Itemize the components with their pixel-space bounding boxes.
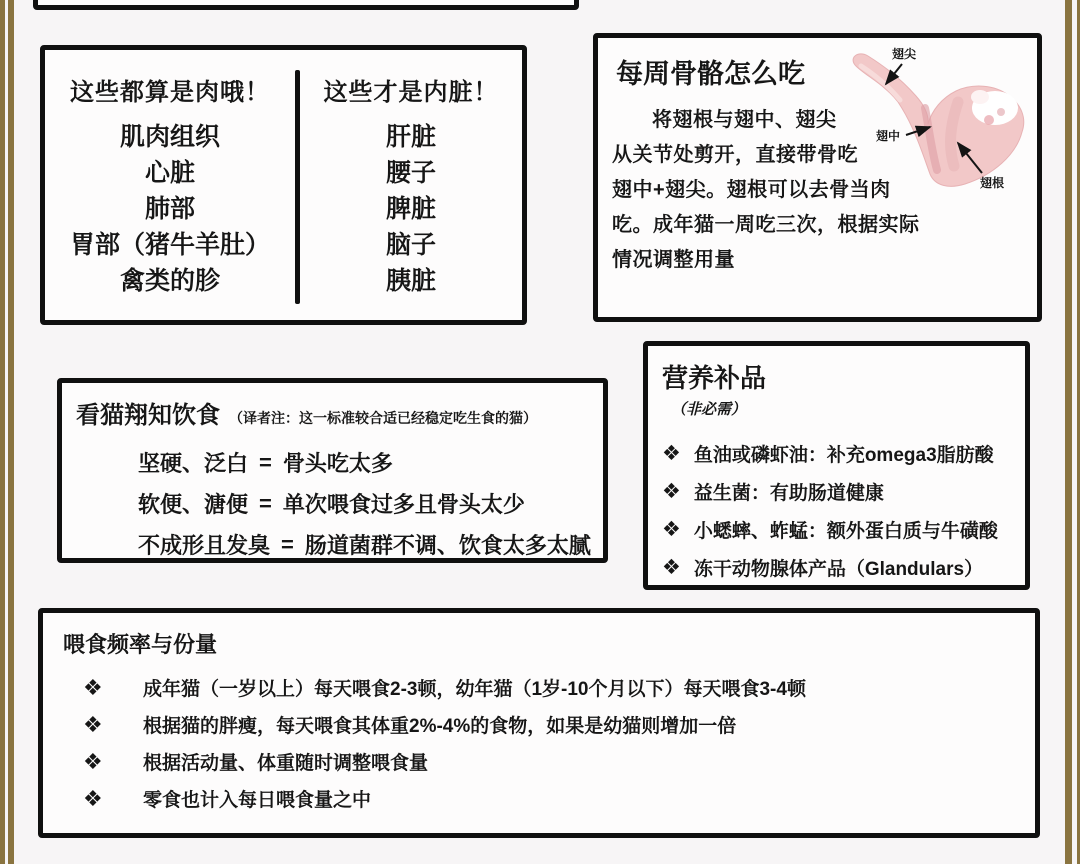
stool-rule-row: 坚硬、泛白 = 骨头吃太多 <box>138 446 589 479</box>
translator-note: （译者注：这一标准较合适已经稳定吃生食的猫） <box>229 408 537 428</box>
list-item: 胰脏 <box>386 263 436 299</box>
meat-column: 这些都算是肉哦！ 肌肉组织 心脏 肺部 胃部（猪牛羊肚） 禽类的胗 <box>45 50 295 320</box>
list-item: 脾脏 <box>386 191 436 227</box>
supplement-list: ❖ 鱼油或磷虾油：补充omega3脂肪酸 ❖ 益生菌：有助肠道健康 ❖ 小蟋蟀、… <box>662 439 1011 582</box>
list-item: ❖ 冻干动物腺体产品（Glandulars） <box>662 553 1011 582</box>
feeding-title: 喂食频率与份量 <box>63 628 1015 659</box>
stool-sign: 坚硬、泛白 <box>138 447 248 478</box>
stool-meaning: 单次喂食过多且骨头太少 <box>283 488 525 519</box>
feeding-frequency-box: 喂食频率与份量 ❖ 成年猫（一岁以上）每天喂食2-3顿，幼年猫（1岁-10个月以… <box>38 608 1040 838</box>
list-item: 禽类的胗 <box>120 263 220 299</box>
wing-label-middle: 翅中 <box>876 128 900 143</box>
wing-label-tip: 翅尖 <box>892 46 916 61</box>
list-item: ❖ 益生菌：有助肠道健康 <box>662 477 1011 506</box>
meat-vs-organ-box: 这些都算是肉哦！ 肌肉组织 心脏 肺部 胃部（猪牛羊肚） 禽类的胗 这些才是内脏… <box>40 45 527 325</box>
feeding-rule-text: 根据猫的胖瘦，每天喂食其体重2%-4%的食物，如果是幼猫则增加一倍 <box>143 711 736 738</box>
stool-rule-row: 软便、溏便 = 单次喂食过多且骨头太少 <box>138 487 589 520</box>
list-item: ❖ 成年猫（一岁以上）每天喂食2-3顿，幼年猫（1岁-10个月以下）每天喂食3-… <box>63 674 1015 701</box>
stool-sign: 软便、溏便 <box>138 488 248 519</box>
meat-item-list: 肌肉组织 心脏 肺部 胃部（猪牛羊肚） 禽类的胗 <box>70 119 270 299</box>
supplement-text: 益生菌：有助肠道健康 <box>694 478 884 505</box>
equals-sign: = <box>257 491 274 517</box>
list-item: 胃部（猪牛羊肚） <box>70 227 270 263</box>
cropped-top-box <box>33 0 579 10</box>
diamond-bullet-icon: ❖ <box>83 751 115 773</box>
equals-sign: = <box>257 450 274 476</box>
weekly-bones-box: 翅尖 翅中 翅根 每周骨骼怎么吃 将翅根与翅中、翅尖从关节处剪开，直接带骨吃翅中… <box>593 33 1042 322</box>
organ-item-list: 肝脏 腰子 脾脏 脑子 胰脏 <box>386 119 436 299</box>
supplement-text: 小蟋蟀、蚱蜢：额外蛋白质与牛磺酸 <box>694 516 998 543</box>
list-item: 肝脏 <box>386 119 436 155</box>
supplement-text: 鱼油或磷虾油：补充omega3脂肪酸 <box>694 440 994 467</box>
wing-label-root: 翅根 <box>980 175 1004 190</box>
diamond-bullet-icon: ❖ <box>662 519 681 540</box>
list-item: 腰子 <box>386 155 436 191</box>
stool-guide-header: 看猫翔知饮食 （译者注：这一标准较合适已经稳定吃生食的猫） <box>76 395 589 430</box>
organ-column: 这些才是内脏！ 肝脏 腰子 脾脏 脑子 胰脏 <box>300 50 522 320</box>
supplements-box: 营养补品 （非必需） ❖ 鱼油或磷虾油：补充omega3脂肪酸 ❖ 益生菌：有助… <box>643 341 1030 590</box>
stool-meaning: 肠道菌群不调、饮食太多太腻 <box>305 529 591 560</box>
diamond-bullet-icon: ❖ <box>83 714 115 736</box>
feeding-rule-text: 成年猫（一岁以上）每天喂食2-3顿，幼年猫（1岁-10个月以下）每天喂食3-4顿 <box>143 674 806 701</box>
list-item: 肌肉组织 <box>120 119 220 155</box>
list-item: ❖ 根据猫的胖瘦，每天喂食其体重2%-4%的食物，如果是幼猫则增加一倍 <box>63 711 1015 738</box>
organ-column-title: 这些才是内脏！ <box>324 72 499 107</box>
list-item: ❖ 小蟋蟀、蚱蜢：额外蛋白质与牛磺酸 <box>662 515 1011 544</box>
diamond-bullet-icon: ❖ <box>83 677 115 699</box>
diamond-bullet-icon: ❖ <box>662 443 681 464</box>
meat-column-title: 这些都算是肉哦！ <box>70 72 270 107</box>
diamond-bullet-icon: ❖ <box>662 481 681 502</box>
stool-rule-row: 不成形且发臭 = 肠道菌群不调、饮食太多太腻 <box>138 528 589 561</box>
list-item: ❖ 零食也计入每日喂食量之中 <box>63 785 1015 812</box>
stool-meaning: 骨头吃太多 <box>283 447 393 478</box>
supplements-title: 营养补品 <box>662 358 1011 395</box>
feeding-rule-text: 零食也计入每日喂食量之中 <box>143 785 371 812</box>
supplements-subtitle: （非必需） <box>671 398 1011 419</box>
stool-guide-title: 看猫翔知饮食 <box>76 395 220 430</box>
list-item: 肺部 <box>145 191 195 227</box>
list-item: 心脏 <box>145 155 195 191</box>
feeding-rule-text: 根据活动量、体重随时调整喂食量 <box>143 748 428 775</box>
feeding-list: ❖ 成年猫（一岁以上）每天喂食2-3顿，幼年猫（1岁-10个月以下）每天喂食3-… <box>63 674 1015 812</box>
equals-sign: = <box>279 532 296 558</box>
diamond-bullet-icon: ❖ <box>83 788 115 810</box>
stool-rule-list: 坚硬、泛白 = 骨头吃太多 软便、溏便 = 单次喂食过多且骨头太少 不成形且发臭… <box>138 446 589 561</box>
list-item: ❖ 鱼油或磷虾油：补充omega3脂肪酸 <box>662 439 1011 468</box>
list-item: ❖ 根据活动量、体重随时调整喂食量 <box>63 748 1015 775</box>
raw-feeding-infographic-page: 这些都算是肉哦！ 肌肉组织 心脏 肺部 胃部（猪牛羊肚） 禽类的胗 这些才是内脏… <box>0 0 1080 864</box>
frame-stripe-right-inner <box>1065 0 1072 864</box>
stool-guide-box: 看猫翔知饮食 （译者注：这一标准较合适已经稳定吃生食的猫） 坚硬、泛白 = 骨头… <box>57 378 608 563</box>
frame-stripe-left-outer <box>0 0 5 864</box>
stool-sign: 不成形且发臭 <box>138 529 270 560</box>
frame-stripe-left-inner <box>8 0 14 864</box>
list-item: 脑子 <box>386 227 436 263</box>
diamond-bullet-icon: ❖ <box>662 557 681 578</box>
supplement-text: 冻干动物腺体产品（Glandulars） <box>694 554 983 581</box>
